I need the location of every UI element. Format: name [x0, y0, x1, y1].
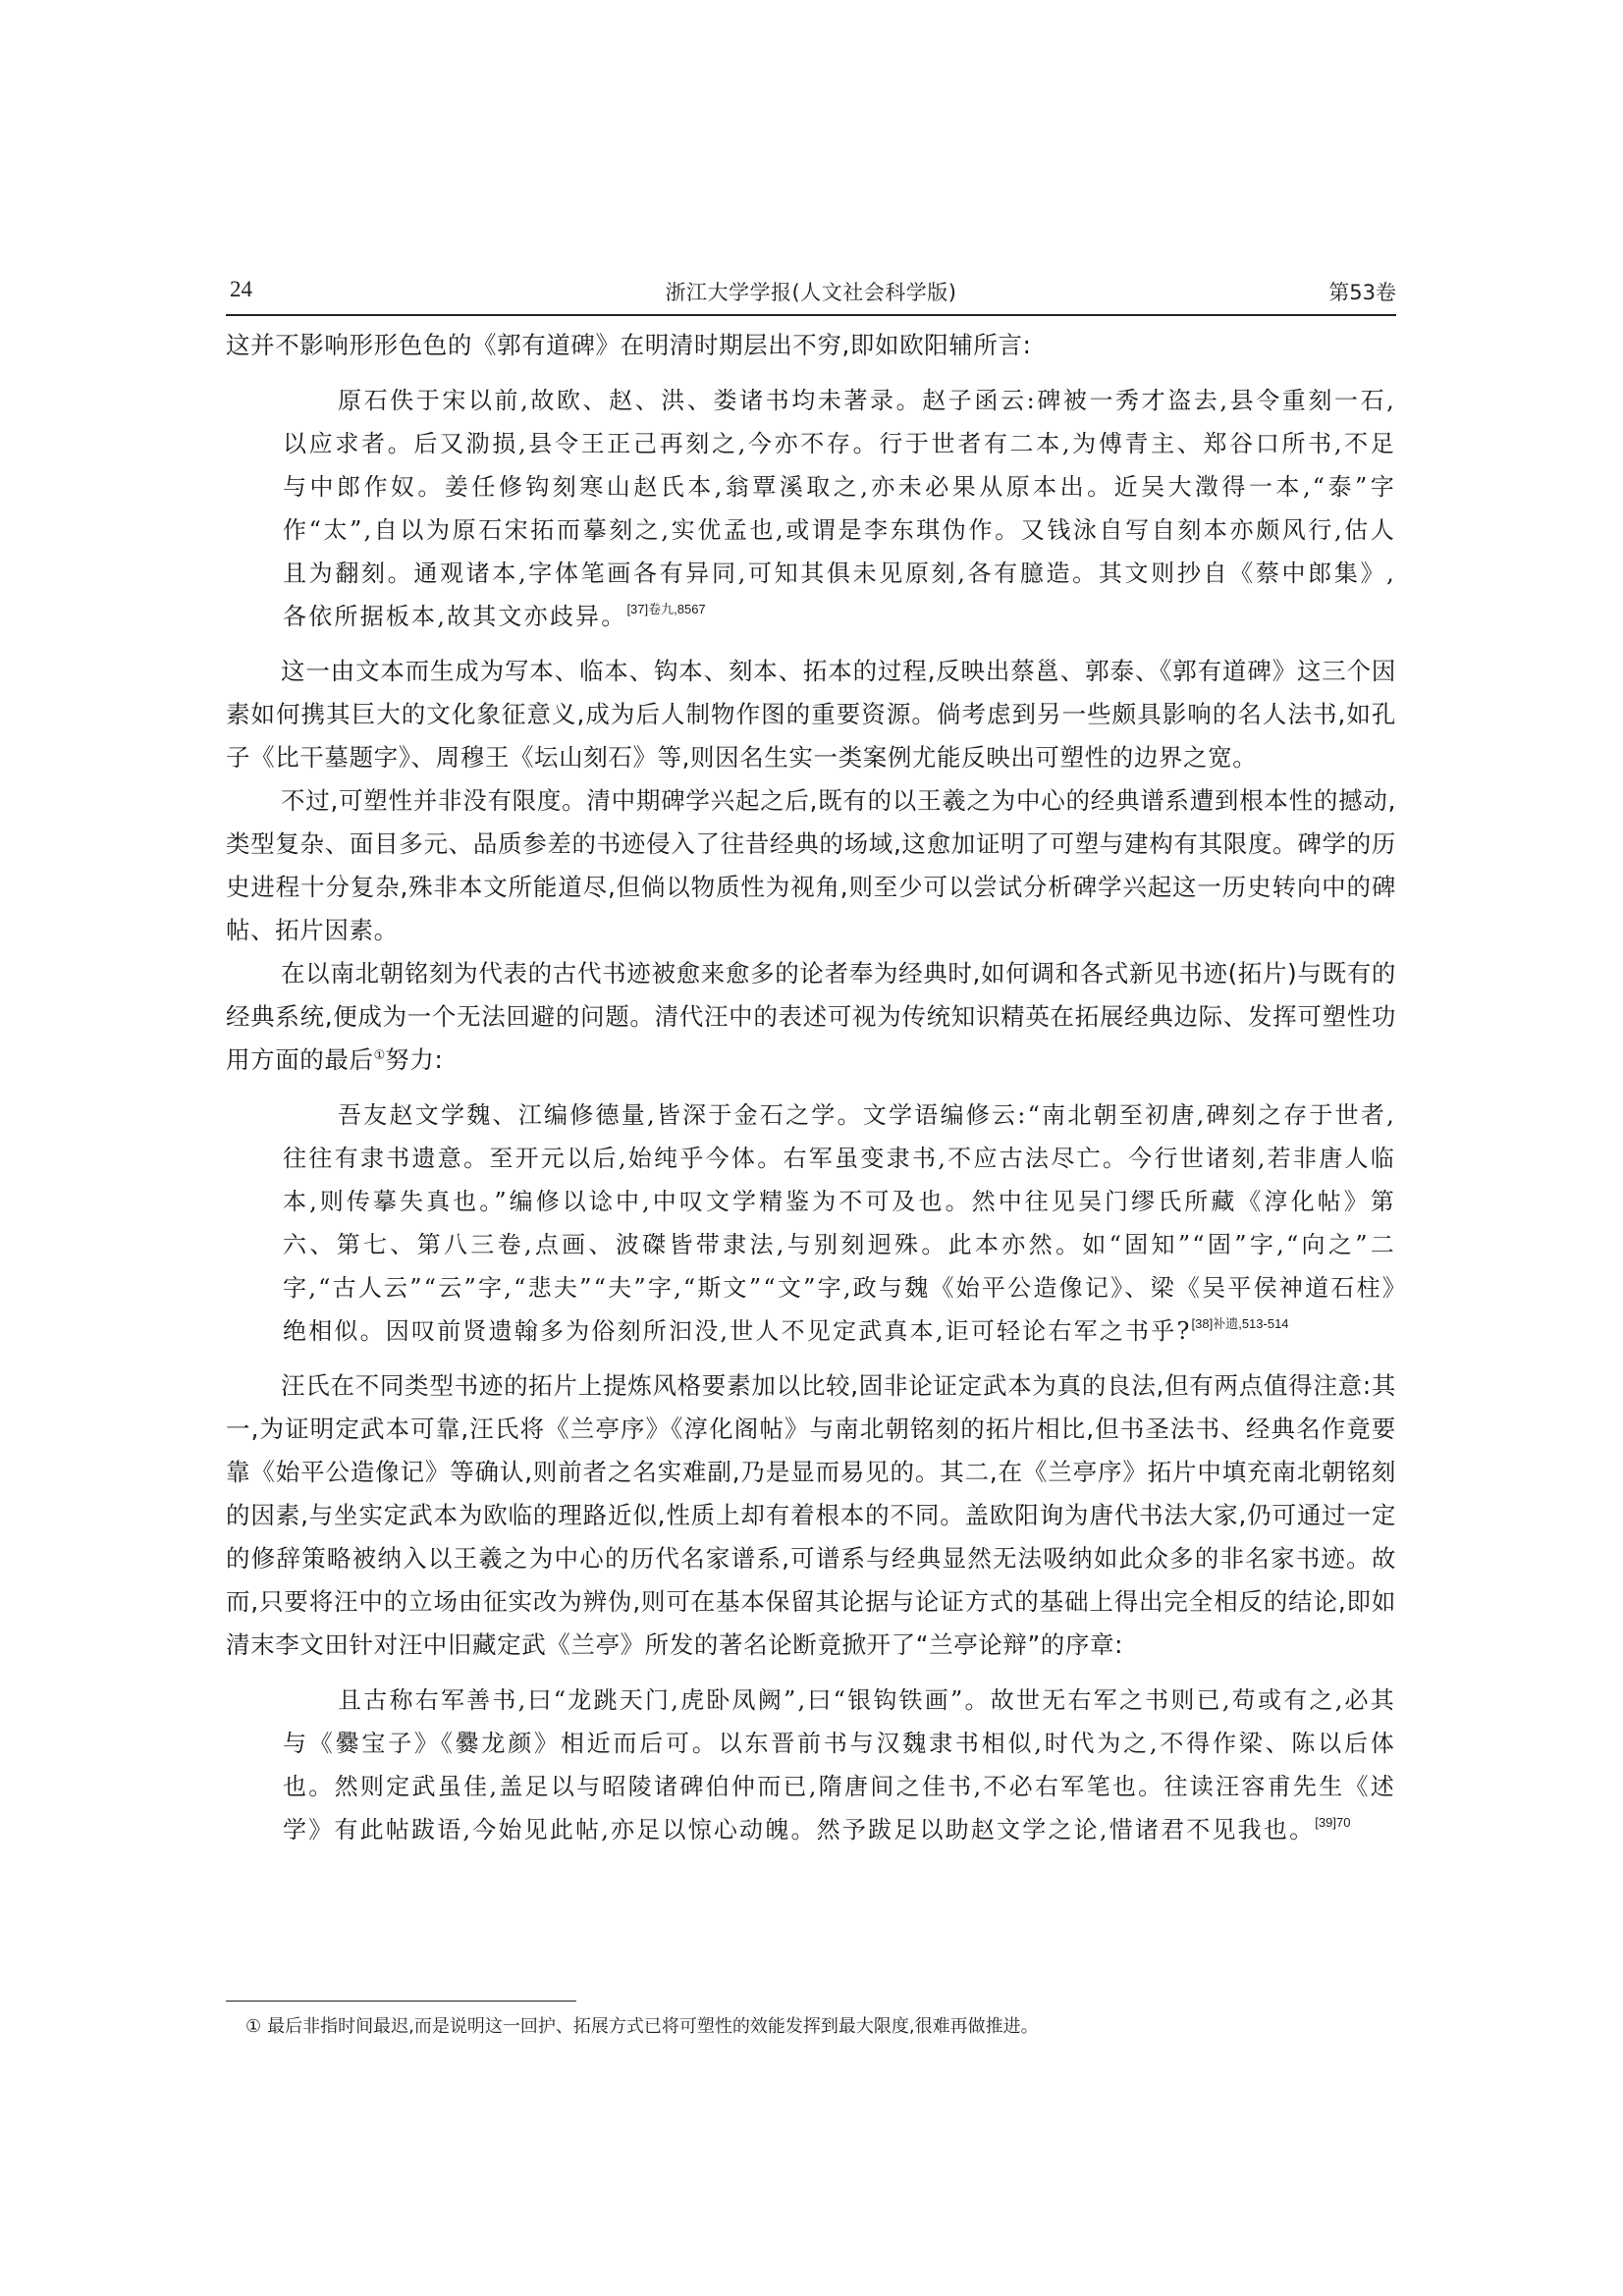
footnote-rule: [226, 2001, 576, 2002]
quote-text: 原石佚于宋以前,故欧、赵、洪、娄诸书均未著录。赵子函云:碑被一秀才盗去,县令重刻…: [283, 387, 1396, 630]
lead-line: 这并不影响形形色色的《郭有道碑》在明清时期层出不穷,即如欧阳辅所言:: [226, 324, 1396, 367]
citation-ref: [39]70: [1315, 1815, 1350, 1830]
quote-text: 且古称右军善书,曰“龙跳天门,虎卧凤阙”,曰“银钩铁画”。故世无右军之书则已,苟…: [283, 1686, 1396, 1843]
footnote: ①最后非指时间最迟,而是说明这一回护、拓展方式已将可塑性的效能发挥到最大限度,很…: [245, 2013, 1394, 2041]
quote-paragraph: 且古称右军善书,曰“龙跳天门,虎卧凤阙”,曰“银钩铁画”。故世无右军之书则已,苟…: [283, 1679, 1396, 1851]
journal-title: 浙江大学学报(人文社会科学版): [226, 277, 1396, 306]
article-body: 这并不影响形形色色的《郭有道碑》在明清时期层出不穷,即如欧阳辅所言: 原石佚于宋…: [226, 324, 1396, 1851]
citation-ref: [38]补遗,513-514: [1192, 1316, 1289, 1331]
citation-ref: [37]卷九,8567: [626, 602, 705, 616]
body-paragraph-4: 汪氏在不同类型书迹的拓片上提炼风格要素加以比较,固非论证定武本为真的良法,但有两…: [226, 1364, 1396, 1667]
header-rule: [226, 314, 1396, 316]
quote-paragraph: 吾友赵文学魏、江编修德量,皆深于金石之学。文学语编修云:“南北朝至初唐,碑刻之存…: [283, 1094, 1396, 1353]
paragraph-text-end: 努力:: [385, 1045, 443, 1074]
body-paragraph-1: 这一由文本而生成为写本、临本、钩本、刻本、拓本的过程,反映出蔡邕、郭泰、《郭有道…: [226, 650, 1396, 779]
body-paragraph-2: 不过,可塑性并非没有限度。清中期碑学兴起之后,既有的以王羲之为中心的经典谱系遭到…: [226, 779, 1396, 952]
footnote-mark: ①: [245, 2016, 261, 2037]
block-quote-wang-zhong: 吾友赵文学魏、江编修德量,皆深于金石之学。文学语编修云:“南北朝至初唐,碑刻之存…: [283, 1094, 1396, 1353]
footnote-marker[interactable]: ①: [374, 1048, 386, 1063]
block-quote-ouyang-fu: 原石佚于宋以前,故欧、赵、洪、娄诸书均未著录。赵子函云:碑被一秀才盗去,县令重刻…: [283, 379, 1396, 638]
running-header: 24 浙江大学学报(人文社会科学版) 第53卷: [226, 275, 1396, 308]
quote-text: 吾友赵文学魏、江编修德量,皆深于金石之学。文学语编修云:“南北朝至初唐,碑刻之存…: [283, 1101, 1396, 1345]
quote-paragraph: 原石佚于宋以前,故欧、赵、洪、娄诸书均未著录。赵子函云:碑被一秀才盗去,县令重刻…: [283, 379, 1396, 638]
body-paragraph-3: 在以南北朝铭刻为代表的古代书迹被愈来愈多的论者奉为经典时,如何调和各式新见书迹(…: [226, 952, 1396, 1082]
footnote-text: 最后非指时间最迟,而是说明这一回护、拓展方式已将可塑性的效能发挥到最大限度,很难…: [267, 2016, 1038, 2037]
block-quote-li-wentian: 且古称右军善书,曰“龙跳天门,虎卧凤阙”,曰“银钩铁画”。故世无右军之书则已,苟…: [283, 1679, 1396, 1851]
volume-label: 第53卷: [1328, 277, 1396, 306]
